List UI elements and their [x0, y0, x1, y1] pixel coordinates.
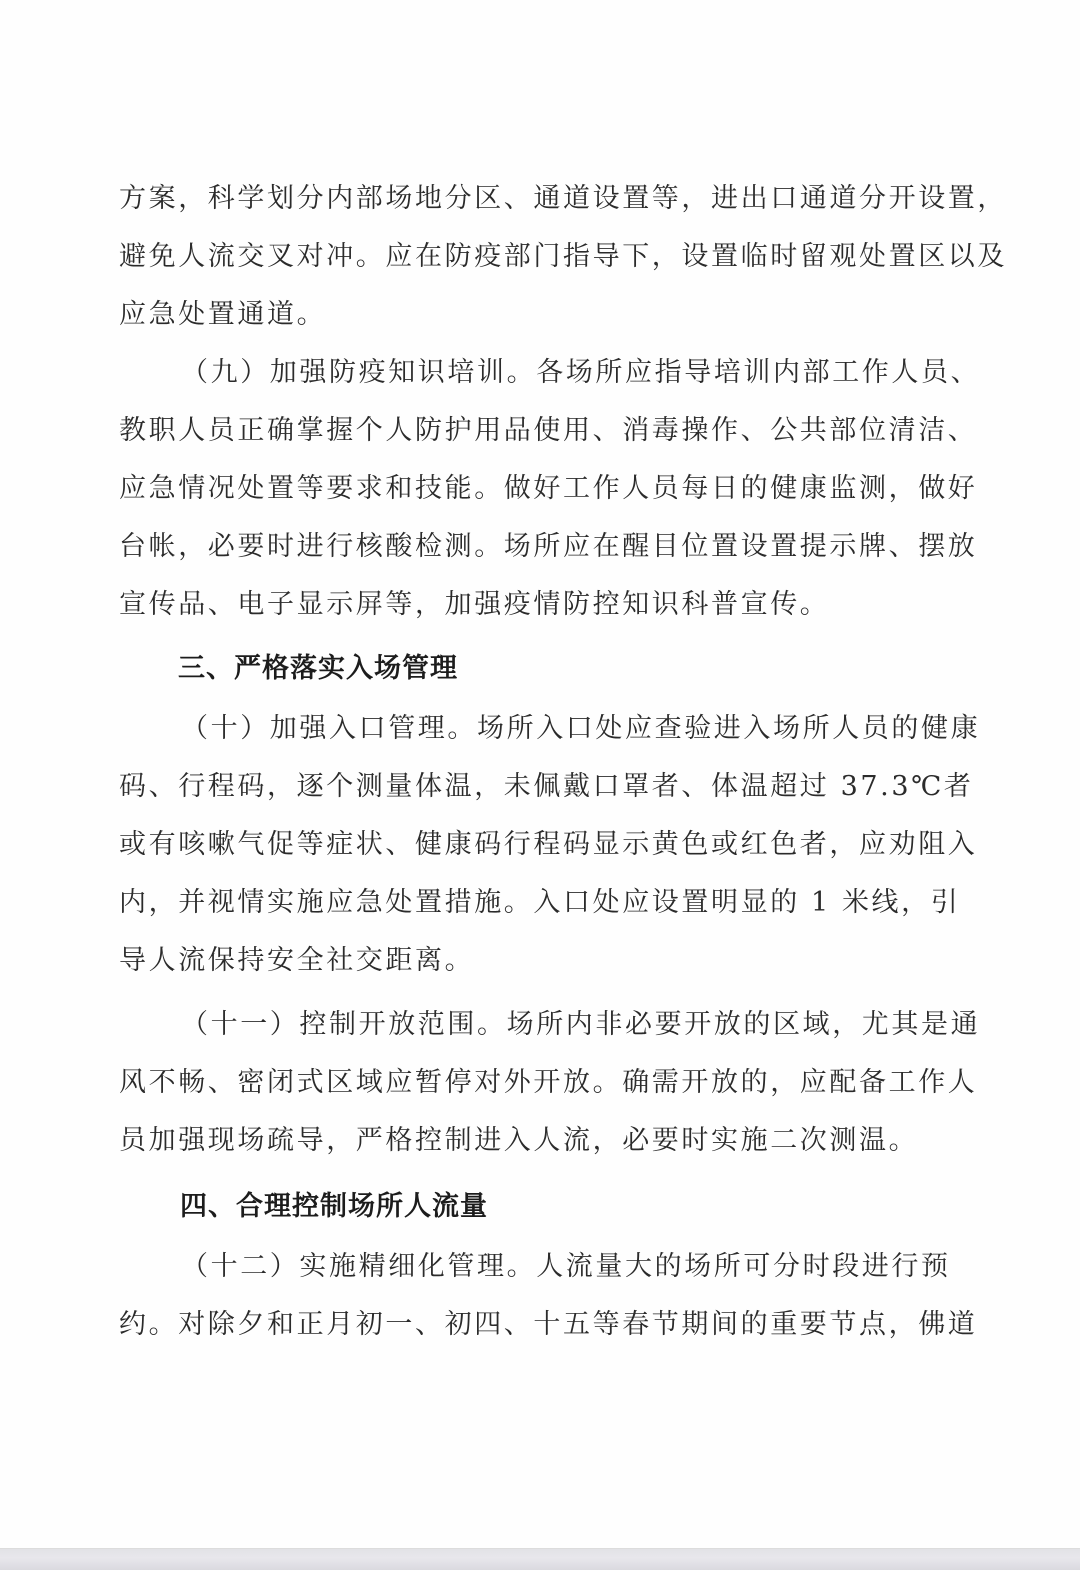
section-heading: 三、严格落实入场管理 [178, 640, 458, 698]
paragraph-line: 教职人员正确掌握个人防护用品使用、消毒操作、公共部位清洁、 [119, 402, 977, 460]
paragraph-line: 或有咳嗽气促等症状、健康码行程码显示黄色或红色者，应劝阻入 [119, 816, 977, 874]
paragraph-line-first: （十一）控制开放范围。场所内非必要开放的区域，尤其是通 [181, 996, 980, 1054]
paragraph-line: 宣传品、电子显示屏等，加强疫情防控知识科普宣传。 [119, 576, 829, 634]
paragraph-line: 方案，科学划分内部场地分区、通道设置等，进出口通道分开设置， [119, 170, 1007, 228]
section-heading: 四、合理控制场所人流量 [180, 1178, 488, 1236]
paragraph-line: 风不畅、密闭式区域应暂停对外开放。确需开放的，应配备工作人 [119, 1054, 977, 1112]
paragraph-line-first: （九）加强防疫知识培训。各场所应指导培训内部工作人员、 [181, 344, 980, 402]
bottom-toolbar-edge [0, 1548, 1080, 1570]
paragraph-line: 台帐，必要时进行核酸检测。场所应在醒目位置设置提示牌、摆放 [119, 518, 977, 576]
paragraph-line: 员加强现场疏导，严格控制进入人流，必要时实施二次测温。 [119, 1112, 918, 1170]
paragraph-line-first: （十）加强入口管理。场所入口处应查验进入场所人员的健康 [181, 700, 980, 758]
paragraph-line: 应急情况处置等要求和技能。做好工作人员每日的健康监测，做好 [119, 460, 977, 518]
paragraph-line: 应急处置通道。 [119, 286, 326, 344]
paragraph-line: 避免人流交叉对冲。应在防疫部门指导下，设置临时留观处置区以及 [119, 228, 1007, 286]
paragraph-line: 码、行程码，逐个测量体温，未佩戴口罩者、体温超过 37.3℃者 [119, 758, 974, 816]
paragraph-line-first: （十二）实施精细化管理。人流量大的场所可分时段进行预 [181, 1238, 951, 1296]
paragraph-line: 内，并视情实施应急处置措施。入口处应设置明显的 1 米线，引 [119, 874, 960, 932]
paragraph-line: 导人流保持安全社交距离。 [119, 932, 474, 990]
paragraph-line: 约。对除夕和正月初一、初四、十五等春节期间的重要节点，佛道 [119, 1296, 977, 1354]
document-page: 方案，科学划分内部场地分区、通道设置等，进出口通道分开设置， 避免人流交叉对冲。… [0, 0, 1080, 1548]
